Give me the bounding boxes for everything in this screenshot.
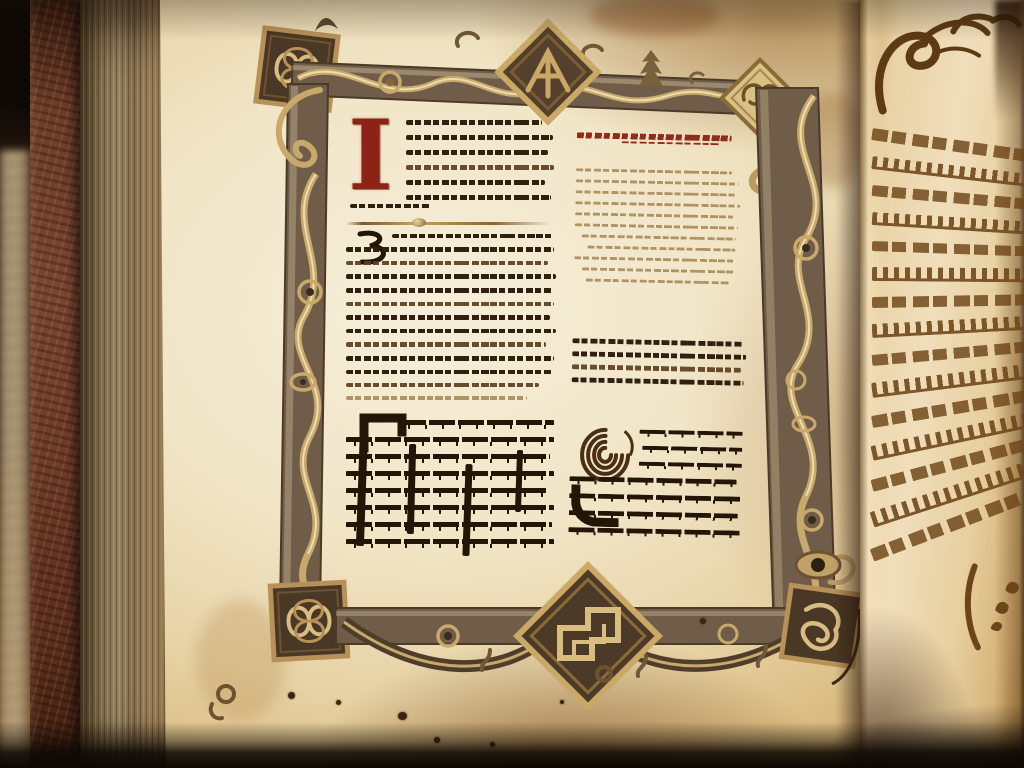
curl-ornament: [686, 70, 706, 88]
script-line: [346, 288, 552, 293]
script-line: [346, 315, 550, 320]
script-line: [639, 430, 742, 439]
script-line: [572, 351, 746, 360]
ink-spot: [288, 692, 295, 699]
script-line: [872, 339, 1024, 366]
script-line: [639, 462, 742, 471]
column2-faint-lines: [574, 160, 744, 284]
script-line: [346, 329, 556, 333]
script-line: [568, 527, 740, 539]
script-line: [406, 180, 545, 185]
script-line: [346, 302, 554, 306]
script-line: [346, 396, 527, 400]
script-line: [406, 195, 551, 200]
script-line: [871, 156, 1024, 190]
illuminated-initial: I: [348, 114, 393, 198]
script-line: [871, 360, 1024, 398]
script-line: [872, 241, 1024, 257]
column1-body-lines: [346, 234, 554, 400]
column1-intro-lines: [406, 120, 554, 200]
script-line: [346, 505, 554, 514]
script-line: [872, 212, 1024, 237]
ink-spot: [490, 742, 495, 747]
script-line: [575, 212, 733, 218]
script-line: [346, 383, 539, 387]
script-line: [346, 370, 552, 374]
script-line: [346, 247, 554, 252]
circle-hook-glyph: [586, 660, 616, 690]
script-line: [346, 356, 554, 361]
text-column-2: [567, 132, 749, 596]
script-line: [582, 267, 733, 273]
left-border-band: [258, 84, 354, 612]
column1-staff-block: [346, 420, 554, 548]
script-line: [576, 179, 739, 185]
script-line: [872, 314, 1024, 338]
ink-spot: [700, 618, 706, 624]
ink-spot: [336, 700, 341, 705]
script-line: [642, 446, 742, 455]
script-line: [872, 294, 1024, 308]
page-stack-fore-edge: [80, 0, 166, 768]
script-line: [346, 342, 546, 347]
script-line: [346, 471, 554, 480]
script-line: [574, 256, 734, 262]
script-line: [346, 261, 548, 265]
right-page-script: [872, 128, 1024, 562]
script-line: [572, 364, 741, 373]
script-line: [581, 234, 736, 240]
script-line: [346, 539, 554, 548]
leather-cover-edge: [30, 0, 80, 768]
ink-spot: [434, 737, 440, 743]
script-line: [575, 201, 740, 207]
script-line: [872, 267, 1024, 283]
fir-tree-ornament: [636, 48, 666, 90]
column2-dark-lines: [572, 338, 745, 386]
script-line: [392, 234, 554, 238]
script-line: [406, 165, 554, 170]
script-line: [346, 522, 552, 531]
margin-word: [350, 204, 430, 208]
script-line: [872, 185, 1024, 212]
blurred-background-page: [0, 150, 30, 768]
script-line: [406, 135, 553, 140]
script-line: [406, 150, 548, 155]
script-line: [575, 223, 738, 229]
manuscript-photo: I: [0, 0, 1024, 768]
rule-ornament: [412, 218, 426, 227]
circle-hook-glyph: [204, 682, 240, 722]
top-vignette: [0, 0, 1024, 40]
script-line: [576, 190, 736, 196]
script-line: [588, 246, 736, 252]
script-line: [346, 274, 556, 279]
script-line: [406, 120, 542, 125]
text-column-1: I: [346, 112, 556, 582]
script-line: [572, 338, 742, 347]
ink-spot: [398, 712, 407, 720]
script-line: [346, 437, 554, 446]
section-rule: [346, 222, 551, 225]
script-line: [621, 141, 721, 145]
script-line: [585, 278, 729, 284]
script-line: [576, 168, 732, 174]
ink-spot: [560, 700, 564, 704]
script-line: [400, 420, 554, 429]
script-line: [572, 377, 744, 386]
